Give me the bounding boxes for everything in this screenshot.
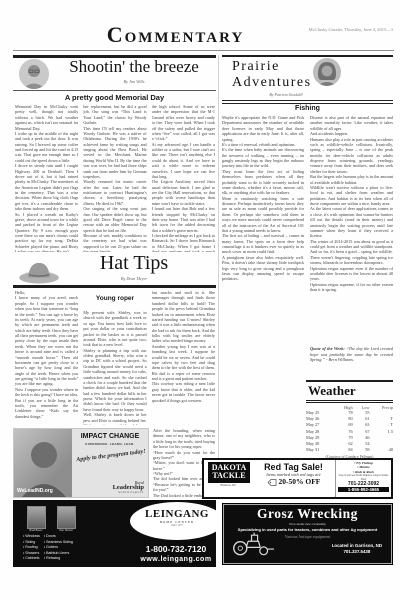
ad-cta: Apply to the program today! — [76, 449, 146, 463]
columnist-photo-jim — [19, 59, 49, 89]
article-title-hat-tips: Hat Tips — [58, 252, 210, 275]
ad-subline: EXPERIENCE. LEARN. LEAD. — [72, 442, 148, 446]
services-list-2: Doors Seamless Siding Gutters Bathtub Li… — [44, 534, 73, 562]
hattips-col1: Hello, I know many of you aren't ranch p… — [15, 290, 78, 425]
ad-headline: IMPACT CHANGE — [72, 433, 148, 440]
article-body-hat-tips: Hello, I know many of you aren't ranch p… — [15, 290, 215, 425]
sale-tag-icon — [267, 479, 277, 486]
columnist-photo-patricia — [313, 58, 341, 86]
shootin-col1: Memorial Day in McClusky went pretty wel… — [15, 104, 78, 252]
section-rule — [13, 285, 216, 288]
sale-headline: Red Tag Sale! — [252, 462, 335, 472]
dakota-tackle-logo: DAKOTA TACKLE — [208, 462, 250, 483]
byline-patricia: By Patricia Stockdill — [238, 92, 334, 97]
header-rule — [13, 90, 216, 91]
prairie-title-line2: Adventures — [232, 75, 312, 91]
cowboy-hat-icon — [17, 256, 61, 286]
salesman-name-2: Dan Wetzel — [53, 529, 79, 532]
shootin-col3: the high school. Some of us were under t… — [152, 104, 215, 252]
sale-discount: 20-50% OFF — [252, 477, 335, 486]
salesman-name-1: Brad Breen — [23, 529, 49, 532]
header-double-rule — [222, 100, 393, 104]
leingang-logo: LEINGANG HOME CENTER Since 1977 — [130, 502, 224, 540]
dakota-address: Bismarck, ND — [221, 484, 236, 487]
hattips-col2-text: My present wife, Shirley, was in church … — [83, 310, 146, 425]
weather-table: High Low Precip May 257855 May 268061T M… — [306, 405, 393, 454]
weather-title: Weather — [306, 380, 393, 401]
ad-url: WeLeadND.org — [17, 488, 53, 494]
newspaper-page: McClusky Gazette, Thursday, June 4, 2015… — [0, 0, 400, 600]
hattips-col3: has snacks and stuff in it. She rummages… — [152, 290, 215, 425]
article-subtitle-memorial-day: A pretty good Memorial Day — [13, 93, 216, 102]
fishing-col2: Disease is also part of the natural equa… — [310, 115, 393, 343]
dakota-phone-2: 1-855-892-4665 — [338, 487, 389, 492]
quote-label: Quote of the Week: — [310, 346, 345, 351]
ad-rural-leadership: WeLeadND.org IMPACT CHANGE EXPERIENCE. L… — [13, 428, 149, 498]
fishing-col1: Maybe it's appropriate the N.D. Game and… — [222, 115, 304, 455]
article-title-prairie: Prairie Adventures — [232, 59, 312, 90]
page-title: Commentary — [28, 22, 323, 48]
dakota-sale-block: Red Tag Sale! Items marked with red tags… — [252, 460, 335, 497]
grosz-location: Located in Garrison, ND — [332, 543, 382, 550]
ad-dakota-tackle: DAKOTA TACKLE Bismarck, ND Red Tag Sale!… — [202, 458, 393, 499]
grosz-title: Grosz Wrecking — [223, 506, 392, 522]
article-title-shootin: Shootin' the breeze — [52, 57, 216, 77]
weather-row: May 318458.40 — [306, 447, 393, 453]
salesman-photo-2 — [57, 506, 76, 529]
byline-dean: By Dean Meyer — [58, 276, 210, 281]
services-list-1: Windows Siding Roofing Showers Cabinets — [23, 534, 40, 562]
quote-of-the-week: Quote of the Week: “The day the Lord cre… — [310, 346, 393, 363]
byline-jim: By Jim Wills — [52, 79, 216, 84]
section-rule — [222, 55, 393, 57]
ad-grosz-wrecking: Grosz Wrecking Now under new ownership S… — [222, 503, 393, 565]
article-subtitle-fishing: Fishing — [222, 105, 393, 112]
grosz-phone: 701.337.5438 — [332, 549, 382, 556]
subhead-young-roper: Young roper — [83, 295, 146, 303]
grosz-ownership-line: Now under new ownership — [223, 522, 392, 526]
dakota-logo-block: DAKOTA TACKLE Bismarck, ND — [204, 460, 252, 497]
tractor-icon — [229, 530, 281, 561]
article-body-shootin: Memorial Day in McClusky went pretty wel… — [15, 104, 215, 252]
dakota-info-block: Fly Fishing Marine Rods & Reels Stop in … — [335, 460, 391, 497]
services-lists: Windows Siding Roofing Showers Cabinets … — [23, 534, 129, 562]
column-divider — [218, 55, 219, 497]
ad-leingang-home-center: Brad Breen Dan Wetzel Windows Siding Roo… — [13, 500, 216, 567]
leingang-phone: 1-800-732-7120 — [126, 544, 226, 554]
smiling-man-photo — [14, 429, 72, 497]
dakota-bullets: Fly Fishing Marine Rods & Reels — [338, 461, 389, 474]
grosz-location-block: Located in Garrison, ND 701.337.5438 — [332, 543, 382, 556]
weather-rule — [306, 402, 393, 403]
salesman-photo-1 — [27, 506, 46, 529]
shootin-col2: her replacement, but he did a good job. … — [83, 104, 146, 252]
prairie-title-line1: Prairie — [232, 59, 312, 75]
leingang-website: www.leingang.com — [126, 556, 226, 563]
rural-leadership-logo: Rural Leadership NORTH DAKOTA — [113, 481, 144, 494]
masthead-rule — [13, 50, 394, 51]
hattips-col2: Young roper My present wife, Shirley, wa… — [83, 290, 146, 425]
weather-box: Weather High Low Precip May 257855 May 2… — [306, 380, 393, 459]
